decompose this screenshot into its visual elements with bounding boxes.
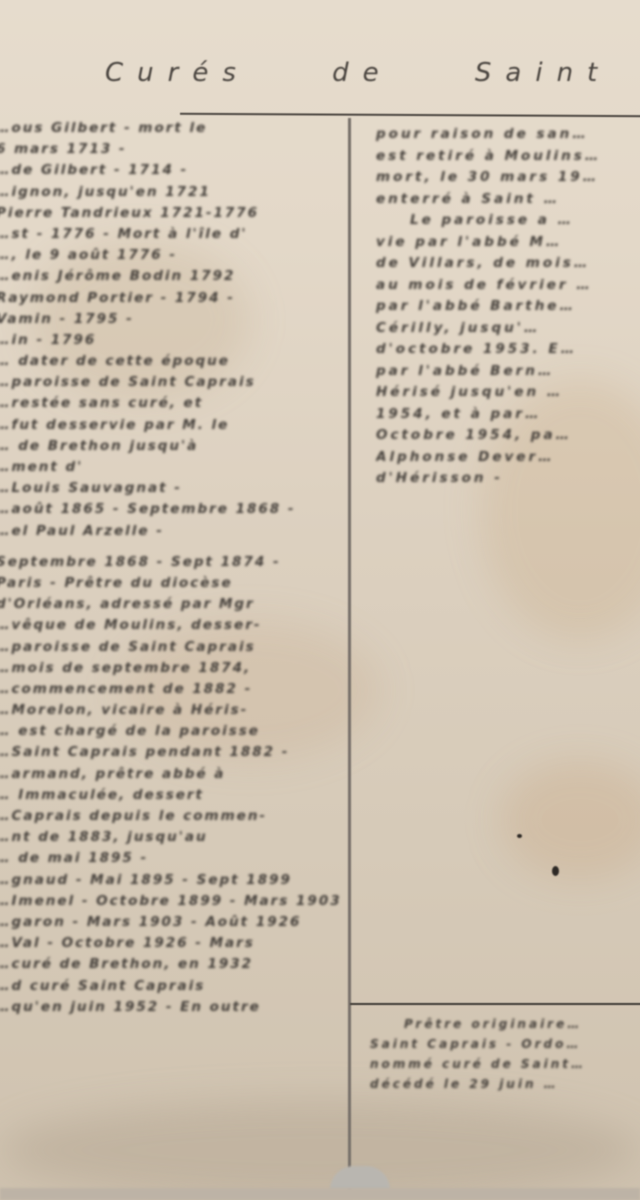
text-line: …Imenel - Octobre 1899 - Mars 1903 (0, 891, 341, 912)
text-line: …ment d' (0, 457, 341, 478)
note-divider (350, 1003, 640, 1005)
note-column-text: Prêtre originaire…Saint Caprais - Ordo…n… (370, 1014, 640, 1094)
text-line: nommé curé de Saint… (370, 1054, 640, 1074)
text-line: …commencement de 1882 - (0, 679, 341, 700)
text-line: décédé le 29 juin … (370, 1074, 640, 1094)
text-line: …Saint Caprais pendant 1882 - (0, 742, 341, 763)
text-line: Vamin - 1795 - (0, 309, 341, 330)
text-line: … de Brethon jusqu'à (0, 436, 341, 457)
text-line: …curé de Brethon, en 1932 (0, 954, 341, 975)
text-line: au mois de février … (376, 275, 640, 297)
title-word: Curés (105, 58, 250, 88)
text-line: 1954, et à par… (376, 404, 640, 426)
text-line: …Caprais depuis le commen- (0, 806, 341, 827)
text-line: … Immaculée, dessert (0, 785, 341, 806)
text-line: …de Gilbert - 1714 - (0, 160, 341, 181)
text-line: …paroisse de Saint Caprais (0, 372, 341, 393)
document-title: Curés de Saint C (105, 58, 640, 88)
ink-spot (552, 866, 559, 876)
text-line: …paroisse de Saint Caprais (0, 637, 341, 658)
text-line: …Morelon, vicaire à Héris- (0, 700, 341, 721)
text-line: Octobre 1954, pa… (376, 425, 640, 447)
text-line: …Val - Octobre 1926 - Mars (0, 933, 341, 954)
text-line: d'Orléans, adressé par Mgr (0, 594, 341, 615)
text-line: d'octobre 1953. E… (376, 339, 640, 361)
title-underline (180, 113, 640, 117)
text-line: vie par l'abbé M… (376, 232, 640, 254)
frame-clip (330, 1166, 390, 1190)
text-line: …nt de 1883, jusqu'au (0, 827, 341, 848)
text-line: Prêtre originaire… (370, 1014, 640, 1034)
text-line: est retiré à Moulins… (376, 146, 640, 168)
ink-spot (517, 834, 522, 838)
text-line (0, 542, 341, 552)
text-line: Saint Caprais - Ordo… (370, 1034, 640, 1054)
text-line: …ignon, jusqu'en 1721 (0, 182, 341, 203)
text-line: Raymond Portier - 1794 - (0, 288, 341, 309)
text-line: par l'abbé Bern… (376, 361, 640, 383)
text-line: …vêque de Moulins, desser- (0, 615, 341, 636)
text-line: par l'abbé Barthe… (376, 296, 640, 318)
text-line: Hérisé jusqu'en … (376, 382, 640, 404)
text-line: …Louis Sauvagnat - (0, 478, 341, 499)
text-line: … de mai 1895 - (0, 848, 341, 869)
text-line: 6 mars 1713 - (0, 139, 341, 160)
text-line: …mois de septembre 1874, (0, 658, 341, 679)
text-line: … dater de cette époque (0, 351, 341, 372)
text-line: …in - 1796 (0, 330, 341, 351)
text-line: …fut desservie par M. le (0, 415, 341, 436)
text-line: mort, le 30 mars 19… (376, 167, 640, 189)
text-line: …ous Gilbert - mort le (0, 118, 341, 139)
column-divider (348, 118, 351, 1193)
text-line: Septembre 1868 - Sept 1874 - (0, 552, 341, 573)
text-line: …août 1865 - Septembre 1868 - (0, 499, 341, 520)
text-line: enterré à Saint … (376, 189, 640, 211)
title-word: Saint (475, 58, 611, 88)
text-line: d'Hérisson - (376, 468, 640, 490)
text-line: …el Paul Arzelle - (0, 521, 341, 542)
text-line: … est chargé de la paroisse (0, 721, 341, 742)
text-line: Cérilly, jusqu'… (376, 318, 640, 340)
text-line: …st - 1776 - Mort à l'île d' (0, 224, 341, 245)
text-line: …qu'en juin 1952 - En outre (0, 997, 341, 1018)
text-line: …d curé Saint Caprais (0, 976, 341, 997)
title-word: de (332, 58, 393, 88)
text-line: Paris - Prêtre du diocèse (0, 573, 341, 594)
text-line: …, le 9 août 1776 - (0, 245, 341, 266)
text-line: pour raison de san… (376, 124, 640, 146)
frame-edge (0, 1188, 640, 1200)
text-line: Alphonse Dever… (376, 447, 640, 469)
left-column-text: …ous Gilbert - mort le6 mars 1713 -…de G… (0, 118, 341, 1018)
text-line: Pierre Tandrieux 1721-1776 (0, 203, 341, 224)
text-line: …garon - Mars 1903 - Août 1926 (0, 912, 341, 933)
text-line: …armand, prêtre abbé à (0, 764, 341, 785)
text-line: …restée sans curé, et (0, 393, 341, 414)
text-line: Le paroisse a … (376, 210, 640, 232)
text-line: …gnaud - Mai 1895 - Sept 1899 (0, 870, 341, 891)
right-column-text: pour raison de san…est retiré à Moulins…… (376, 124, 640, 490)
text-line: de Villars, de mois… (376, 253, 640, 275)
text-line: …enis Jérôme Bodin 1792 (0, 266, 341, 287)
